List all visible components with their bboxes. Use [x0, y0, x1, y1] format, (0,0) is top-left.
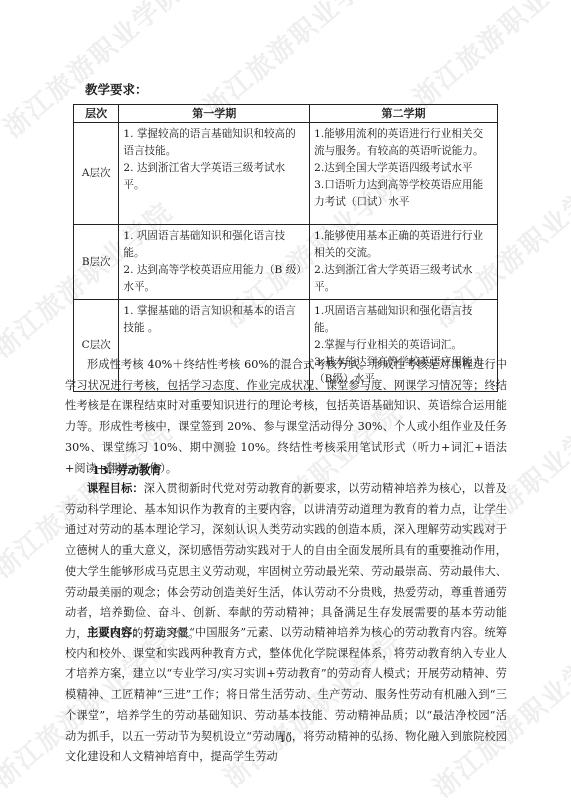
- document-page: 教学要求： 层次 第一学期 第二学期 A层次 1. 掌握较高的语言基础知识和较高…: [0, 0, 571, 808]
- level-cell: A层次: [74, 123, 119, 225]
- course-goal-text: 深入贯彻新时代党对劳动教育的新要求，以劳动精神培养为核心，以普及劳动科学理论、基…: [65, 482, 507, 640]
- term2-cell: 1.能够使用基本正确的英语进行行业相关的交流。 2.达到浙江省大学英语三级考试水…: [310, 225, 498, 300]
- cell-line: 2.达到全国大学英语四级考试水平: [314, 160, 493, 177]
- course-goal-label: 课程目标：: [87, 481, 144, 495]
- cell-line: 1.巩固语言基础知识和强化语言技能。: [314, 303, 493, 337]
- section-title: 13. 劳动教育: [92, 462, 162, 478]
- main-content-label: 主要内容：: [87, 625, 144, 639]
- course-goal-paragraph: 课程目标：深入贯彻新时代党对劳动教育的新要求，以劳动精神培养为核心，以普及劳动科…: [65, 478, 507, 645]
- page-number: 10: [0, 734, 571, 745]
- cell-line: 1.能够用流利的英语进行行业相关交流与服务。有较高的英语听说能力。: [314, 126, 493, 160]
- cell-line: 3.口语听力达到高等学校英语应用能力考试（口试）水平: [314, 177, 493, 211]
- assessment-paragraph: 形成性考核 40%＋终结性考核 60%的混合式考核方式。形成性考核是对课程进行中…: [65, 355, 507, 479]
- column-header-term2: 第二学期: [310, 105, 498, 123]
- table-header-row: 层次 第一学期 第二学期: [74, 105, 498, 123]
- term1-cell: 1. 掌握较高的语言基础知识和较高的语言技能。 2. 达到浙江省大学英语三级考试…: [119, 123, 310, 225]
- term1-cell: 1. 巩固语言基础知识和强化语言技能。 2. 达到高等学校英语应用能力（B 级）…: [119, 225, 310, 300]
- column-header-term1: 第一学期: [119, 105, 310, 123]
- cell-line: 2. 达到浙江省大学英语三级考试水平。: [123, 160, 305, 194]
- cell-line: 1. 掌握基础的语言知识和基本的语言技能 。: [123, 303, 305, 337]
- cell-line: 2. 达到高等学校英语应用能力（B 级）水平。: [123, 262, 305, 296]
- cell-line: 2.达到浙江省大学英语三级考试水平。: [314, 262, 493, 296]
- cell-line: 1. 掌握较高的语言基础知识和较高的语言技能。: [123, 126, 305, 160]
- requirements-table: 层次 第一学期 第二学期 A层次 1. 掌握较高的语言基础知识和较高的语言技能。…: [73, 104, 498, 392]
- term2-cell: 1.能够用流利的英语进行行业相关交流与服务。有较高的英语听说能力。 2.达到全国…: [310, 123, 498, 225]
- level-cell: B层次: [74, 225, 119, 300]
- table-row: A层次 1. 掌握较高的语言基础知识和较高的语言技能。 2. 达到浙江省大学英语…: [74, 123, 498, 225]
- cell-line: 1. 巩固语言基础知识和强化语言技能。: [123, 228, 305, 262]
- column-header-level: 层次: [74, 105, 119, 123]
- requirements-heading: 教学要求：: [85, 80, 148, 98]
- table-row: B层次 1. 巩固语言基础知识和强化语言技能。 2. 达到高等学校英语应用能力（…: [74, 225, 498, 300]
- main-content-paragraph: 主要内容：打造突显“中国服务”元素、以劳动精神培养为核心的劳动教育内容。统筹校内…: [65, 622, 507, 768]
- cell-line: 1.能够使用基本正确的英语进行行业相关的交流。: [314, 228, 493, 262]
- cell-line: 2.掌握与行业相关的英语词汇。: [314, 337, 493, 354]
